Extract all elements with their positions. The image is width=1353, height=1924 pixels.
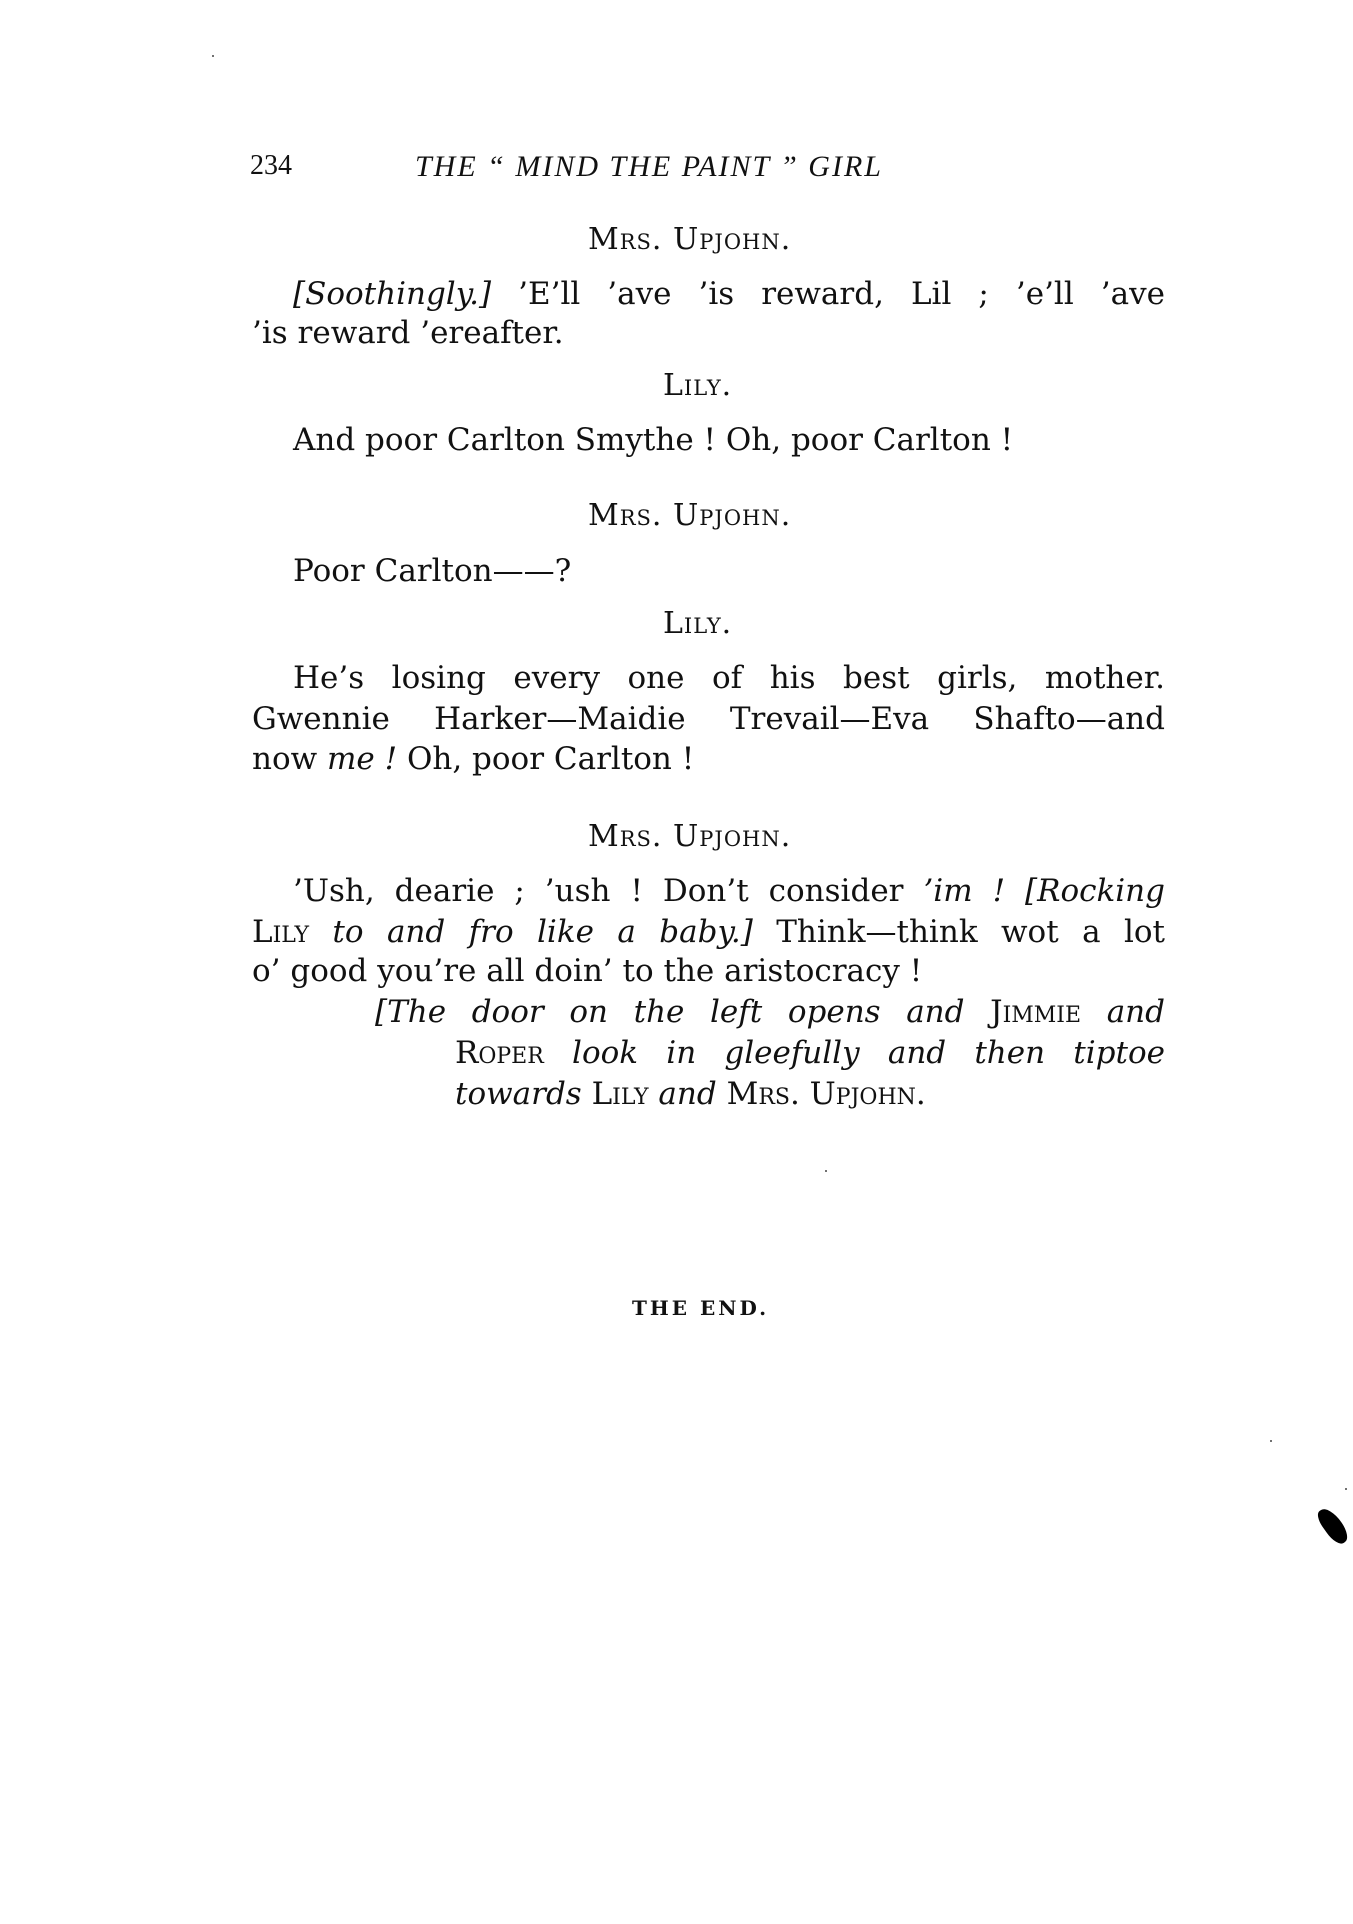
stage-direction-line: towards Lily and Mrs. Upjohn. xyxy=(455,1074,926,1114)
stage-direction-text: look in gleefully and then tiptoe xyxy=(544,1035,1165,1071)
dialogue-line: [Soothingly.] ’E’ll ’ave ’is reward, Lil… xyxy=(293,274,1165,314)
stage-direction-text: towards xyxy=(455,1076,582,1112)
dialogue-line: He’s losing every one of his best girls,… xyxy=(293,658,1165,698)
character-name: Lily xyxy=(252,914,309,950)
character-name: Lily xyxy=(582,1076,649,1112)
scan-speck xyxy=(1270,1440,1272,1442)
stage-direction-text: and xyxy=(649,1076,717,1112)
dialogue-line: Lily to and fro like a baby.] Think—thin… xyxy=(252,912,1165,952)
dialogue-line: Gwennie Harker—Maidie Trevail—Eva Shafto… xyxy=(252,699,1165,739)
dialogue-text: Think—think wot a lot xyxy=(753,914,1165,950)
speaker-heading: Mrs. Upjohn. xyxy=(588,819,791,855)
dialogue-text: now xyxy=(252,741,327,777)
stage-direction-text: and xyxy=(1081,994,1165,1030)
character-name: Roper xyxy=(455,1035,544,1071)
speaker-heading: Lily. xyxy=(663,368,732,404)
stage-direction-inline: [Soothingly.] xyxy=(293,276,491,312)
stage-direction-inline: [Rocking xyxy=(1005,873,1165,909)
stage-direction-line: Roper look in gleefully and then tiptoe xyxy=(455,1033,1165,1073)
the-end-marker: THE END. xyxy=(632,1296,769,1320)
scan-speck xyxy=(1345,1488,1347,1490)
speaker-heading: Mrs. Upjohn. xyxy=(588,222,791,258)
ink-smudge xyxy=(1314,1504,1352,1547)
dialogue-line: now me ! Oh, poor Carlton ! xyxy=(252,739,694,779)
dialogue-line: ’Ush, dearie ; ’ush ! Don’t consider ’im… xyxy=(293,871,1165,911)
stage-direction-text: [The door on the left opens and xyxy=(375,994,965,1030)
page-number: 234 xyxy=(250,150,292,182)
dialogue-text: ’Ush, dearie ; ’ush ! Don’t consider xyxy=(293,873,923,909)
speaker-heading: Lily. xyxy=(663,606,732,642)
dialogue-text: ’E’ll ’ave ’is reward, Lil ; ’e’ll ’ave xyxy=(491,276,1165,312)
scan-speck xyxy=(212,55,214,57)
dialogue-line: Poor Carlton——? xyxy=(293,551,571,591)
emphasis-text: ’im ! xyxy=(923,873,1005,909)
emphasis-text: me ! xyxy=(327,741,397,777)
running-title: THE “ MIND THE PAINT ” GIRL xyxy=(415,150,883,184)
scan-speck xyxy=(825,1170,827,1172)
dialogue-line: o’ good you’re all doin’ to the aristocr… xyxy=(252,951,922,991)
dialogue-line: And poor Carlton Smythe ! Oh, poor Carlt… xyxy=(293,420,1013,460)
speaker-heading: Mrs. Upjohn. xyxy=(588,498,791,534)
stage-direction-line: [The door on the left opens and Jimmie a… xyxy=(375,992,1165,1032)
stage-direction-inline: to and fro like a baby.] xyxy=(309,914,753,950)
dialogue-line: ’is reward ’ereafter. xyxy=(252,313,564,353)
dialogue-text: Oh, poor Carlton ! xyxy=(397,741,694,777)
running-header: 234 THE “ MIND THE PAINT ” GIRL xyxy=(250,150,1002,186)
character-name: Jimmie xyxy=(965,994,1082,1030)
character-name: Mrs. Upjohn. xyxy=(717,1076,926,1112)
